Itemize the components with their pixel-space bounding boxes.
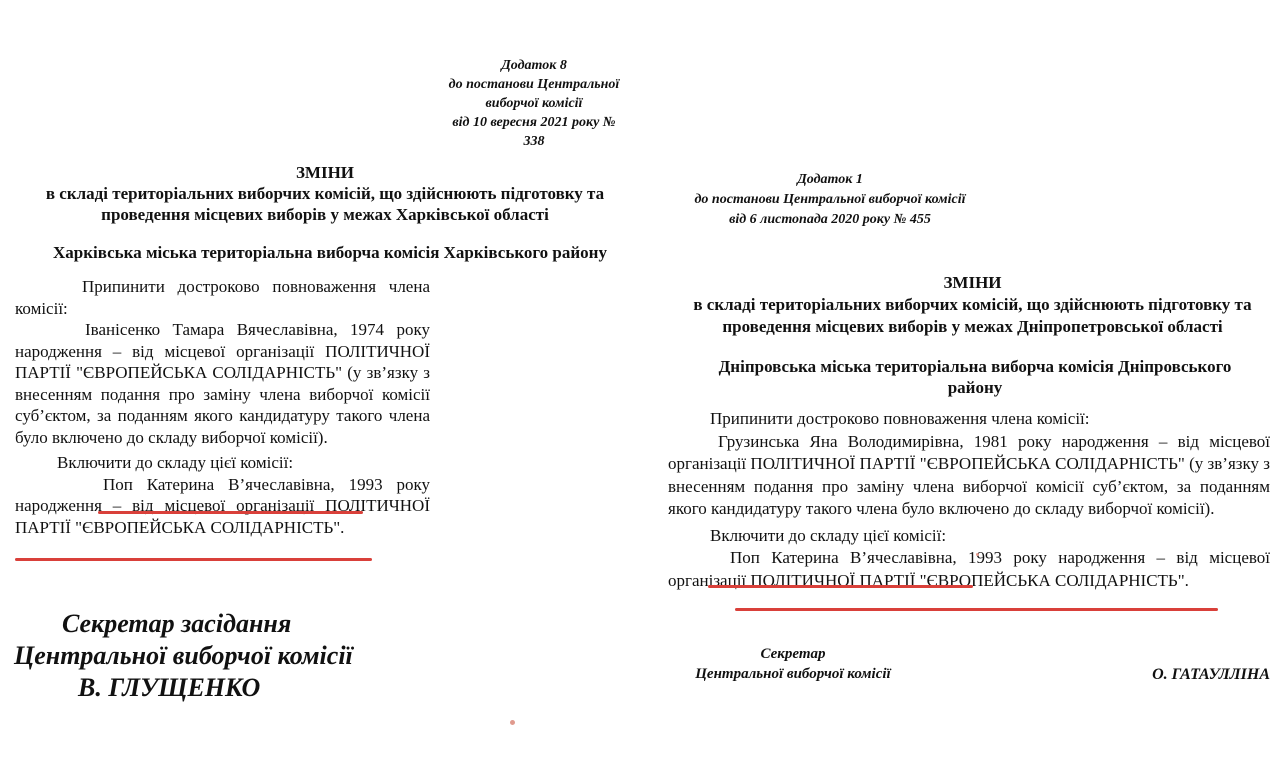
right-annex-line3: від 6 листопада 2020 року № 455: [665, 210, 995, 230]
left-annex-line3: виборчої комісії: [420, 94, 648, 113]
left-annex-header: Додаток 8 до постанови Центральної вибор…: [420, 56, 648, 151]
left-document-body: Припинити достроково повноваження члена …: [15, 276, 430, 538]
right-title-line2: проведення місцевих виборів у межах Дніп…: [665, 316, 1280, 338]
left-name-underline: [98, 511, 363, 514]
right-signature-name: О. ГАТАУЛЛІНА: [1100, 666, 1270, 684]
left-signature-line2: Центральної виборчої комісії: [14, 640, 394, 672]
right-name-underline: [708, 585, 973, 588]
right-title-line1: в складі територіальних виборчих комісій…: [665, 294, 1280, 316]
left-annex-line4: від 10 вересня 2021 року №: [420, 113, 648, 132]
scan-mark: [976, 553, 979, 556]
right-include-label: Включити до складу цієї комісії:: [668, 525, 1270, 548]
right-signature-line2: Центральної виборчої комісії: [668, 664, 918, 684]
right-signature-line1: Секретар: [668, 644, 918, 664]
left-document-title: ЗМІНИ в складі територіальних виборчих к…: [20, 162, 630, 225]
right-document-body: Припинити достроково повноваження члена …: [668, 408, 1270, 592]
left-signature-line1: Секретар засідання: [14, 608, 394, 640]
right-commission-name: Дніпровська міська територіальна виборча…: [690, 356, 1260, 398]
left-annex-line2: до постанови Центральної: [420, 75, 648, 94]
left-signature-name: В. ГЛУЩЕНКО: [14, 672, 394, 704]
left-annex-line5: 338: [420, 132, 648, 151]
left-title-line2: проведення місцевих виборів у межах Харк…: [20, 204, 630, 225]
left-added-member: Поп Катерина В’ячеславівна, 1993 року на…: [15, 474, 430, 539]
left-annex-line1: Додаток 8: [420, 56, 648, 75]
left-removed-member: Іванісенко Тамара Вячеславівна, 1974 рок…: [15, 319, 430, 448]
left-terminate-label: Припинити достроково повноваження члена …: [15, 276, 430, 319]
right-party-underline: [735, 608, 1218, 611]
left-signature-block: Секретар засідання Центральної виборчої …: [14, 608, 394, 704]
right-document-title: ЗМІНИ в складі територіальних виборчих к…: [665, 272, 1280, 338]
right-signature-title: Секретар Центральної виборчої комісії: [668, 644, 918, 684]
left-party-underline: [15, 558, 372, 561]
left-title-heading: ЗМІНИ: [20, 162, 630, 183]
right-annex-line2: до постанови Центральної виборчої комісі…: [665, 190, 995, 210]
right-removed-member: Грузинська Яна Володимирівна, 1981 року …: [668, 431, 1270, 521]
right-title-heading: ЗМІНИ: [665, 272, 1280, 294]
right-annex-header: Додаток 1 до постанови Центральної вибор…: [665, 170, 995, 230]
left-include-label: Включити до складу цієї комісії:: [15, 452, 430, 474]
right-terminate-label: Припинити достроково повноваження члена …: [668, 408, 1270, 431]
left-commission-name: Харківська міська територіальна виборча …: [20, 243, 640, 263]
right-annex-line1: Додаток 1: [665, 170, 995, 190]
scan-mark: [510, 720, 515, 725]
left-title-line1: в складі територіальних виборчих комісій…: [20, 183, 630, 204]
